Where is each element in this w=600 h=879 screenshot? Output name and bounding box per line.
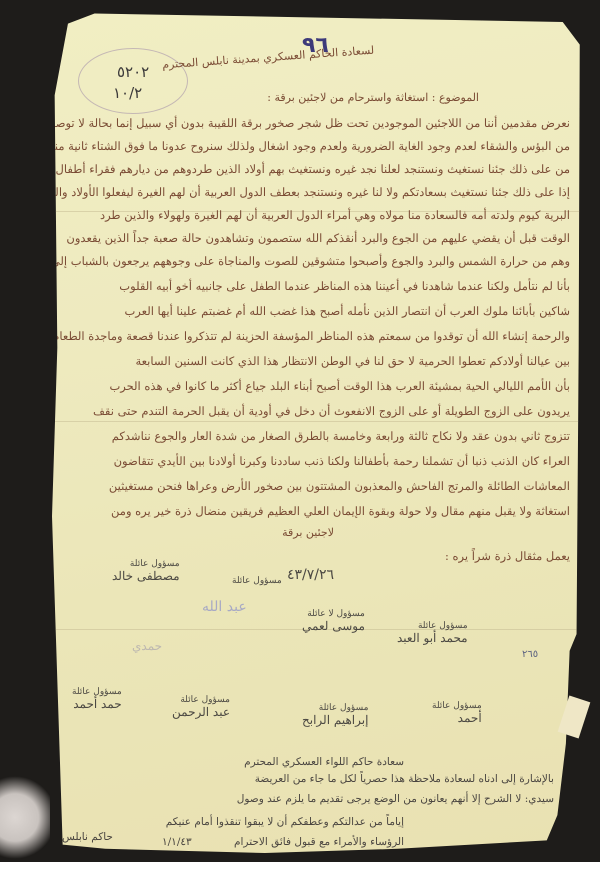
document-page: ٩٦ ٥٢٠٢ ١٠/٢ لسعادة الحاكم العسكري بمدين… [52,11,584,853]
signature-block: مسؤول عائلة عبد الرحمن [172,695,230,719]
body-line: وهم من حرارة الشمس والبرد والجوع وأصبحوا… [18,254,570,268]
body-line: المعاشات الطائلة والمرتج الفاحش والمعذبو… [109,479,570,493]
footnote-date: ١/١/٤٣ [162,836,192,848]
closing-line: يعمل مثقال ذرة شراً يره : [445,549,570,563]
body-line: الوقت قبل أن يقضي عليهم من الجوع والبرد … [66,231,570,245]
body-line: من على ذلك جئنا نستغيث ونستنجد لعلنا نجد… [24,162,570,176]
body-line: والرحمة إنشاء الله أن توقدوا من سمعتم هذ… [52,329,570,343]
body-line: تتزوج ثاني بدون عقد ولا نكاح ثالثة ورابع… [112,429,570,443]
body-line: بين عيالنا أولادكم تعطوا الحرمية لا حق ل… [135,354,570,368]
footnote-line: سيدي: لا الشرح إلا أنهم يعانون من الوضع … [237,793,554,805]
faint-note: حمدي [132,639,162,653]
signature-block: مسؤول لا عائلة موسى لعمي [302,609,365,633]
signature-block: مسؤول عائلة أحمد [432,701,482,725]
footnote-signer: حاكم نابلس [62,831,113,843]
body-line: العراء كان الذنب ذنبا أن تشملنا رحمة بأط… [114,454,570,468]
stamp-ref-number: ٥٢٠٢ [117,63,149,81]
handwritten-date: ٤٣/٧/٢٦ [287,567,334,583]
string-fringe [0,770,50,865]
signature-block: مسؤول عائلة مصطفى خالد [112,559,180,583]
stamp-ref-date: ١٠/٢ [113,84,142,102]
body-line: من البؤس والشقاء لعدم وجود الغاية الضرور… [30,139,570,153]
footnote-line: بالإشارة إلى ادناه لسعادة ملاحظة هذا حصر… [255,773,554,785]
footnote-line: سعادة حاكم اللواء العسكري المحترم [244,756,404,768]
body-line: بأن الأمم الليالي الحية بمشيئة العرب هذا… [109,379,570,393]
signatory-label: لاجئين برقة [282,526,334,539]
body-line: بأنا لم نتأمل ولكنا عندما شاهدنا في أعين… [119,279,570,293]
signature-block: مسؤول عائلة إبراهيم الرابح [302,703,368,727]
signature-block: مسؤول عائلة [232,576,282,586]
body-line: يريدون على الزوج الطويلة أو على الزوج ال… [93,404,570,418]
signature-block: مسؤول عائلة حمد أحمد [72,687,122,711]
signature-block: مسؤول عائلة محمد أبو العبد [397,621,468,645]
body-line: شاكين بأبائنا ملوك العرب أن انتصار الذين… [124,304,570,318]
subject-line: الموضوع : استغاثة واسترحام من لاجئين برق… [267,91,479,104]
addressee-line: لسعادة الحاكم العسكري بمدينة نابلس المحت… [161,44,374,72]
margin-number: ٢٦٥ [522,649,538,660]
body-line: إذا على ذلك جئنا نستغيث بسعادتكم ولا لنا… [37,185,570,199]
fold-line [52,421,584,422]
body-line: استغاثة ولا يقبل منهم مقال ولا حولة وبقو… [111,504,570,518]
footnote-line: الرؤساء والأمراء مع قبول فائق الاحترام [234,836,404,848]
body-line: البرية كيوم ولدته أمه فالسعادة منا مولاه… [100,208,570,222]
pencil-note: عبد الله [202,599,247,615]
footnote-line: إياماً من عدالتكم وعطفكم أن لا يبقوا تنق… [166,816,404,828]
body-line: نعرض مقدمين أننا من اللاجئين الموجودين ت… [44,116,570,130]
